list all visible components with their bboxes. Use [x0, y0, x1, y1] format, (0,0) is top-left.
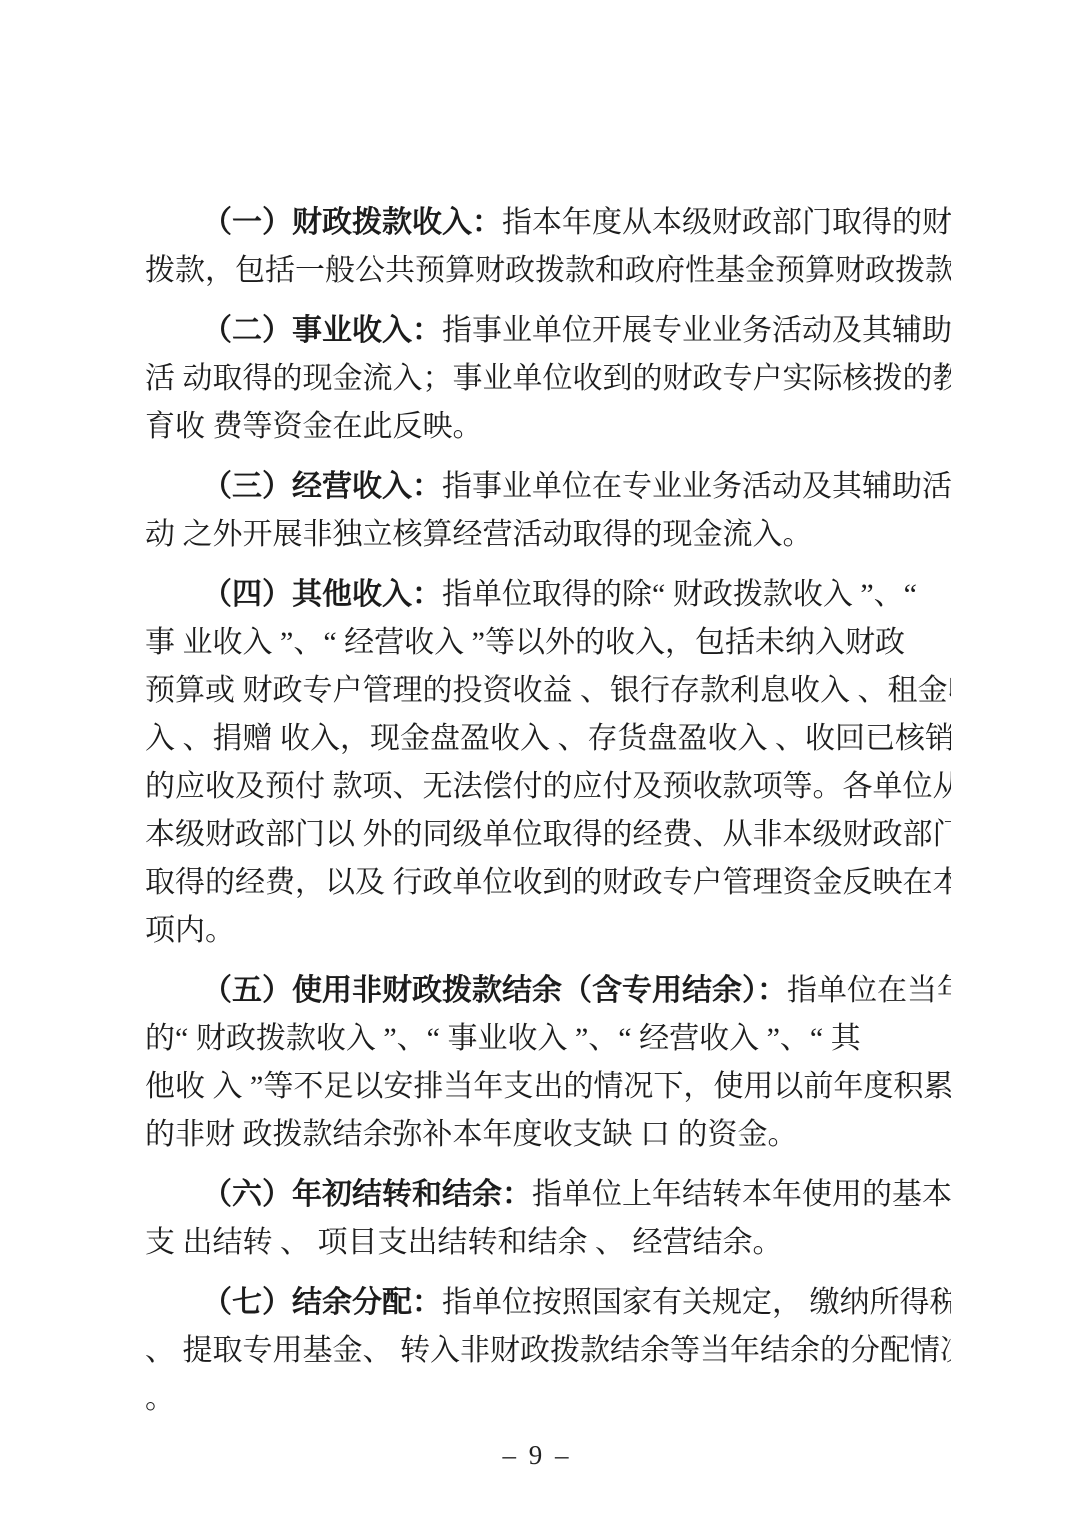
paragraph-line: （三）经营收入：指事业单位在专业业务活动及其辅助活 [145, 463, 951, 511]
page-number: – 9 – [503, 1440, 572, 1470]
paragraph: （四）其他收入：指单位取得的除“ 财政拨款收入 ”、“事 业收入 ”、“ 经营收… [145, 571, 951, 955]
paragraph-text: 指事业单位在专业业务活动及其辅助活 [442, 470, 951, 503]
paragraph-text: 指单位取得的除“ 财政拨款收入 ”、“ [442, 578, 917, 611]
paragraph-text: 指单位在当年 [787, 974, 951, 1007]
paragraph-line: 的非财 政拨款结余弥补本年度收支缺 口 的资金。 [145, 1111, 951, 1159]
paragraph-line: 、 提取专用基金、 转入非财政拨款结余等当年结余的分配情况 [145, 1327, 951, 1375]
paragraph-head: （二）事业收入： [202, 314, 442, 347]
document-body: （一）财政拨款收入：指本年度从本级财政部门取得的财政拨款，包括一般公共预算财政拨… [145, 199, 951, 1435]
paragraph-line: 本级财政部门以 外的同级单位取得的经费、从非本级财政部门 [145, 811, 951, 859]
paragraph: （二）事业收入：指事业单位开展专业业务活动及其辅助活 动取得的现金流入；事业单位… [145, 307, 951, 451]
paragraph-text: 指事业单位开展专业业务活动及其辅助 [442, 314, 951, 347]
paragraph-line: （六）年初结转和结余：指单位上年结转本年使用的基本 [145, 1171, 951, 1219]
paragraph-head: （四）其他收入： [202, 578, 442, 611]
paragraph-line: 动 之外开展非独立核算经营活动取得的现金流入。 [145, 511, 951, 559]
page-footer: – 9 – [0, 1437, 1074, 1473]
paragraph: （七）结余分配：指单位按照国家有关规定， 缴纳所得税、 提取专用基金、 转入非财… [145, 1279, 951, 1423]
paragraph-head: （一）财政拨款收入： [202, 206, 502, 239]
paragraph-head: （七）结余分配： [202, 1286, 442, 1319]
paragraph-head: （三）经营收入： [202, 470, 442, 503]
paragraph-line: 预算或 财政专户管理的投资收益 、银行存款利息收入 、租金收 [145, 667, 951, 715]
paragraph-text: 指单位上年结转本年使用的基本 [532, 1178, 951, 1211]
paragraph-line: 。 [145, 1375, 951, 1423]
paragraph-line: 的“ 财政拨款收入 ”、“ 事业收入 ”、“ 经营收入 ”、“ 其 [145, 1015, 951, 1063]
paragraph-line: 育收 费等资金在此反映。 [145, 403, 951, 451]
paragraph-line: （五）使用非财政拨款结余（含专用结余）：指单位在当年 [145, 967, 951, 1015]
paragraph-line: 事 业收入 ”、“ 经营收入 ”等以外的收入，包括未纳入财政 [145, 619, 951, 667]
paragraph-text: 指单位按照国家有关规定， 缴纳所得税 [442, 1286, 951, 1319]
paragraph-line: 拨款，包括一般公共预算财政拨款和政府性基金预算财政拨款。 [145, 247, 951, 295]
paragraph-line: （二）事业收入：指事业单位开展专业业务活动及其辅助 [145, 307, 951, 355]
paragraph-head: （六）年初结转和结余： [202, 1178, 532, 1211]
paragraph-text: 指本年度从本级财政部门取得的财政 [502, 206, 951, 239]
paragraph-line: 活 动取得的现金流入；事业单位收到的财政专户实际核拨的教 [145, 355, 951, 403]
paragraph: （五）使用非财政拨款结余（含专用结余）：指单位在当年的“ 财政拨款收入 ”、“ … [145, 967, 951, 1159]
paragraph: （一）财政拨款收入：指本年度从本级财政部门取得的财政拨款，包括一般公共预算财政拨… [145, 199, 951, 295]
paragraph-line: （一）财政拨款收入：指本年度从本级财政部门取得的财政 [145, 199, 951, 247]
paragraph-line: 项内。 [145, 907, 951, 955]
paragraph-head: （五）使用非财政拨款结余（含专用结余）： [202, 974, 787, 1007]
paragraph-line: （四）其他收入：指单位取得的除“ 财政拨款收入 ”、“ [145, 571, 951, 619]
paragraph-line: 入 、捐赠 收入，现金盘盈收入 、存货盘盈收入 、收回已核销 [145, 715, 951, 763]
paragraph-line: 支 出结转 、 项目支出结转和结余 、 经营结余。 [145, 1219, 951, 1267]
paragraph: （三）经营收入：指事业单位在专业业务活动及其辅助活动 之外开展非独立核算经营活动… [145, 463, 951, 559]
paragraph: （六）年初结转和结余：指单位上年结转本年使用的基本支 出结转 、 项目支出结转和… [145, 1171, 951, 1267]
paragraph-line: 取得的经费，以及 行政单位收到的财政专户管理资金反映在本 [145, 859, 951, 907]
document-page: （一）财政拨款收入：指本年度从本级财政部门取得的财政拨款，包括一般公共预算财政拨… [0, 0, 1074, 1520]
paragraph-line: 他收 入 ”等不足以安排当年支出的情况下，使用以前年度积累 [145, 1063, 951, 1111]
paragraph-line: 的应收及预付 款项、无法偿付的应付及预收款项等。各单位从 [145, 763, 951, 811]
paragraph-line: （七）结余分配：指单位按照国家有关规定， 缴纳所得税 [145, 1279, 951, 1327]
